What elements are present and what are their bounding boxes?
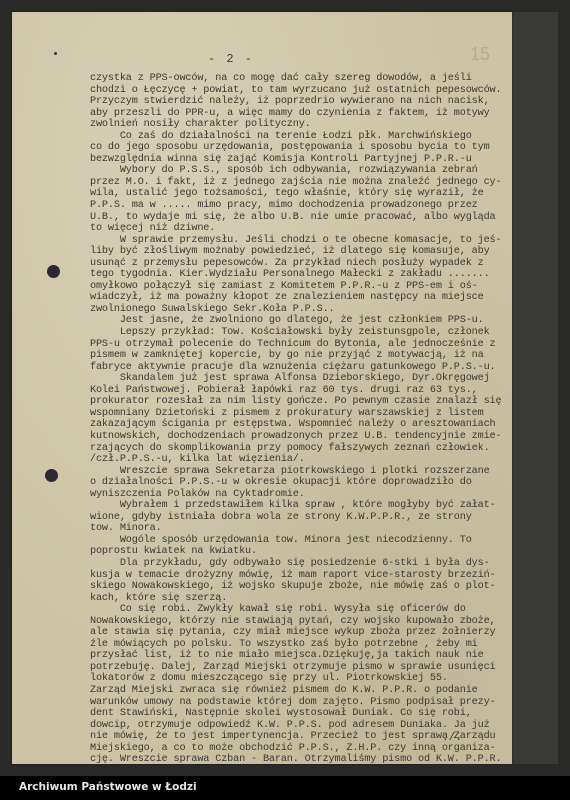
text-line: PPS-u otrzymał polecenie do Technicum do…: [90, 339, 550, 351]
text-line: wione, gdyby istniała dobra wola ze stro…: [90, 512, 550, 524]
text-line: kutnowskich, dochodzeniach prowadzonych …: [90, 431, 550, 443]
punch-hole-icon: [47, 265, 60, 278]
text-line: przysłać list, iż to nie miało miejsca.D…: [90, 650, 550, 662]
text-line: zwolnień nosiły charakter polityczny.: [90, 119, 550, 131]
text-line: P.P.S. ma w ..... mimo pracy, mimo docho…: [90, 200, 550, 212]
text-line: Miejskiego, a co to może obchodzić P.P.S…: [90, 743, 550, 755]
archive-name: Archiwum Państwowe w Łodzi: [19, 781, 197, 793]
text-line: Kolei Państwowej. Pobierał łapówki raz 6…: [90, 385, 550, 397]
text-line: dowcip, otrzymuje odpowiedź K.W. P.P.S. …: [90, 720, 550, 732]
text-line: usunąć z przemysłu pepesowców. Za przykł…: [90, 258, 550, 270]
ink-dot: [54, 52, 57, 55]
text-line: wila, ustalić jego tożsamości, tego właś…: [90, 188, 550, 200]
folio-number: 15: [470, 44, 490, 65]
text-line: /czł.P.P.S.-u, kilka lat więzienia/.: [90, 454, 550, 466]
text-line: bezwzględnia winna się zająć Komisja Kon…: [90, 154, 550, 166]
text-line: lokatorów z domu mieszczącego się przy u…: [90, 673, 550, 685]
text-line: Wreszcie sprawa Sekretarza piotrkowskieg…: [90, 466, 550, 478]
text-line: tow. Minora.: [90, 523, 550, 535]
text-line: liby być złośliwym możnaby powiedzieć, i…: [90, 246, 550, 258]
text-line: prokurator rozesłał za nim listy gończe.…: [90, 396, 550, 408]
text-line: kach, które się szerzą.: [90, 593, 550, 605]
text-line: pismem w zamkniętej kopercie, by go nie …: [90, 350, 550, 362]
text-line: potrzebuję. Dalej, Zarząd Miejski otrzym…: [90, 662, 550, 674]
text-line: Wybory do P.S.S., sposób ich odbywania, …: [90, 165, 550, 177]
text-line: wspomniany Dzietoński z pismem z prokura…: [90, 408, 550, 420]
text-line: Lepszy przykład: Tow. Kościałowski były …: [90, 327, 550, 339]
text-line: omyłkowo połączył się zamiast z Komitete…: [90, 281, 550, 293]
closing-mark: ./.: [442, 732, 462, 744]
text-line: wyniszczenia Polaków na Cyktadromie.: [90, 489, 550, 501]
text-line: Nowakowskiego, którzy nie stawiają pytań…: [90, 616, 550, 628]
text-line: co do jego sposobu urzędowania, postępow…: [90, 142, 550, 154]
text-line: o działalności P.P.S.-u w okresie okupac…: [90, 477, 550, 489]
text-line: Przyczym stwierdzić należy, iż poprzedri…: [90, 96, 550, 108]
text-line: Zarząd Miejski zwraca się również pismem…: [90, 685, 550, 697]
text-line: przez M.O. i fakt, iż z jednego zajścia …: [90, 177, 550, 189]
text-line: rzających do skomplikowania przy pomocy …: [90, 443, 550, 455]
text-line: Skandalem już jest sprawa Alfonsa Dziebo…: [90, 373, 550, 385]
text-line: Co zaś do działalności na terenie Łodzi …: [90, 131, 550, 143]
text-line: kusja w temacie drożyzny mówię, iż mam r…: [90, 570, 550, 582]
archive-footer: Archiwum Państwowe w Łodzi: [0, 776, 570, 800]
text-line: ale stawia się pytania, czy miał miejsce…: [90, 627, 550, 639]
text-line: Jest jasne, że zwolniono go dlatego, że …: [90, 315, 550, 327]
text-line: cję. Wreszcie sprawa Czban - Baran. Otrz…: [90, 754, 550, 766]
text-line: aby przeszli do PPR-u, a więc mamy do cz…: [90, 108, 550, 120]
text-line: to więcej niż dziwne.: [90, 223, 550, 235]
typewritten-body: czystka z PPS-owców, na co mogę dać cały…: [90, 73, 550, 766]
punch-hole-icon: [45, 469, 58, 482]
text-line: tego tygodnia. Kier.Wydziału Personalneg…: [90, 269, 550, 281]
text-line: Co się robi. Zwykły kawał się robi. Wysy…: [90, 604, 550, 616]
text-line: Wybrałem i przedstawiłem kilka spraw , k…: [90, 500, 550, 512]
text-line: fabryce aktywnie pracuje dla wznużenia c…: [90, 362, 550, 374]
text-line: U.B., to wydaje mi się, że albo U.B. nie…: [90, 212, 550, 224]
text-line: Dla przykładu, gdy odbywało się posiedze…: [90, 558, 550, 570]
text-line: nie mówię, że to jest impertynencja. Prz…: [90, 731, 550, 743]
text-line: dent Stawiński, Następnie skolei wystoso…: [90, 708, 550, 720]
text-line: źle mówiących po polsku. To wszystko zaś…: [90, 639, 550, 651]
text-line: skiego Nowakowskiego, iż wojsko skupuje …: [90, 581, 550, 593]
text-line: czystka z PPS-owców, na co mogę dać cały…: [90, 73, 550, 85]
text-line: zakazającym ścigania pr estępstwa. Wspom…: [90, 419, 550, 431]
text-line: chodzi o Łęczycę + powiat, to tam wyrzuc…: [90, 85, 550, 97]
text-line: Wogóle sposób urzędowania tow. Minora je…: [90, 535, 550, 547]
page-number: - 2 -: [208, 52, 254, 66]
text-line: poprostu kwiatek na kwiatku.: [90, 546, 550, 558]
text-line: zwolnionego Suwalskiego Sekr.Koła P.P.S.…: [90, 304, 550, 316]
text-line: W sprawie przemysłu. Jeśli chodzi o te o…: [90, 235, 550, 247]
text-line: warunków umowy na podstawie której dom z…: [90, 697, 550, 709]
text-line: wiadczył, iż ma poważny kłopot ze znalez…: [90, 292, 550, 304]
